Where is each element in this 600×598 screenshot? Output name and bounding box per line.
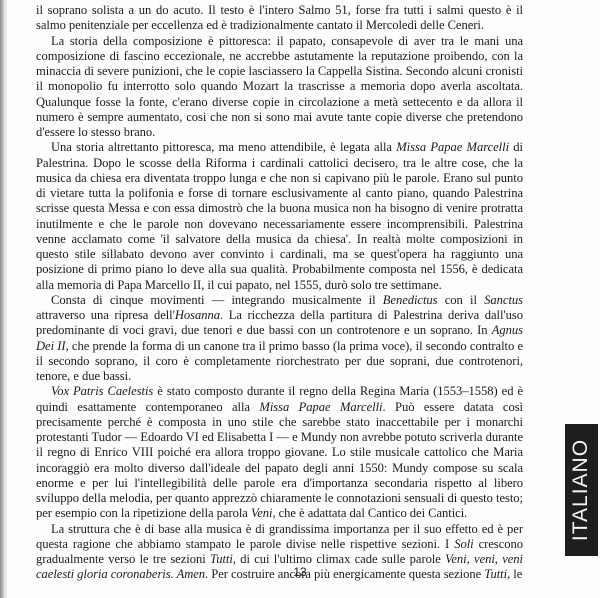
- text-run: Consta di cinque movimenti — integrando …: [51, 293, 383, 307]
- paragraph-0: il soprano solista a un do acuto. Il tes…: [36, 3, 523, 34]
- text-run: con il: [438, 293, 485, 307]
- language-tab: ITALIANO: [565, 424, 598, 556]
- text-run: La struttura che è di base alla musica è…: [36, 522, 523, 551]
- text-run: , di cui l'ultimo climax cade sulle paro…: [233, 552, 445, 566]
- text-run: . Può essere datata così precisamente pe…: [36, 400, 523, 521]
- paragraph-4: Vox Patris Caelestis è stato composto du…: [36, 384, 523, 521]
- text-run: , che prende la forma di un canone tra i…: [36, 339, 523, 384]
- paragraph-3: Consta di cinque movimenti — integrando …: [36, 293, 523, 385]
- italic-title: Missa Papae Marcelli: [259, 400, 382, 414]
- text-run: il soprano solista a un do acuto. Il tes…: [36, 3, 523, 32]
- paragraph-2: Una storia altrettanto pittoresca, ma me…: [36, 140, 523, 293]
- language-tab-label: ITALIANO: [570, 439, 594, 541]
- text-run: Una storia altrettanto pittoresca, ma me…: [51, 140, 396, 154]
- italic-title: Vox Patris Caelestis: [51, 384, 153, 398]
- italic-title: Tutti: [210, 552, 233, 566]
- text-run: di Palestrina. Dopo le scosse della Rifo…: [36, 140, 523, 291]
- paragraph-1: La storia della composizione è pittoresc…: [36, 34, 523, 141]
- body-text: il soprano solista a un do acuto. Il tes…: [36, 3, 523, 583]
- italic-title: Benedictus: [383, 293, 438, 307]
- page-number: 13: [0, 565, 600, 579]
- italic-title: Hosanna: [175, 308, 220, 322]
- page-binding-shadow: [4, 0, 7, 598]
- italic-title: Veni: [251, 506, 272, 520]
- text-run: La storia della composizione è pittoresc…: [36, 34, 523, 140]
- italic-title: Soli: [454, 537, 473, 551]
- text-run: attraverso una ripresa dell': [36, 308, 175, 322]
- text-run: , che è adattata dal Cantico dei Cantici…: [272, 506, 467, 520]
- italic-title: Sanctus: [484, 293, 523, 307]
- italic-title: Missa Papae Marcelli: [396, 140, 509, 154]
